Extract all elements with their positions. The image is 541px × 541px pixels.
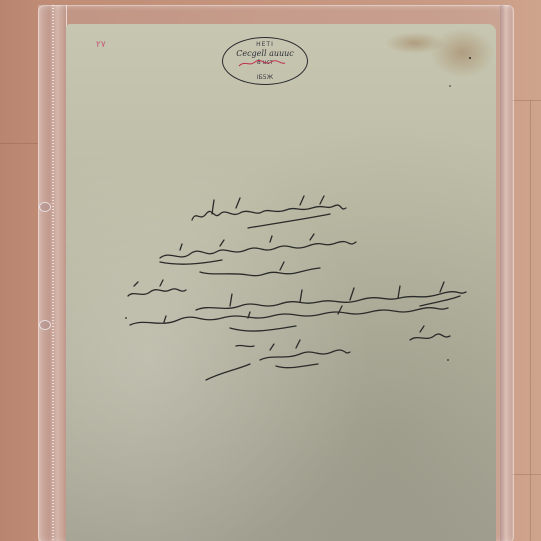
handwritten-text xyxy=(0,0,541,541)
